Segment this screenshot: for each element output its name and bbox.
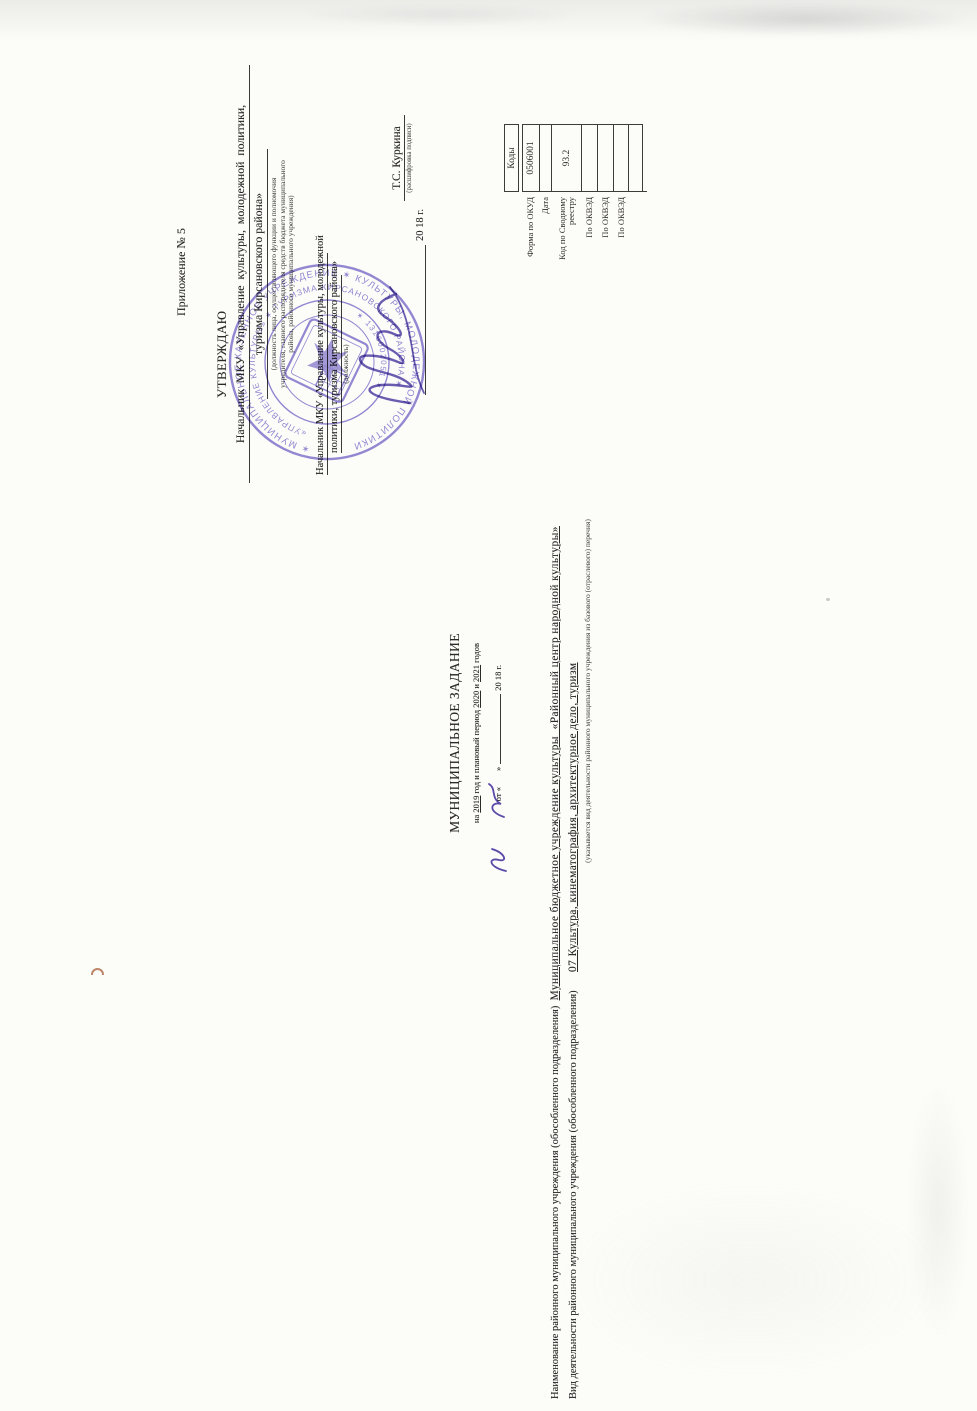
date-scribble-ink — [484, 759, 512, 879]
org-activity-label: Вид деятельности районного муниципальног… — [568, 990, 579, 1399]
codes-table-double-border — [525, 191, 647, 192]
codes-value-extra — [629, 124, 643, 192]
signer-note: (расшифровка подписи) — [406, 115, 413, 201]
appendix-note: Приложение № 5 — [174, 228, 189, 316]
signer-block: Т.С. Куркина (расшифровка подписи) — [391, 115, 413, 201]
org-name-value: Муниципальное бюджетное учреждение культ… — [549, 526, 561, 1000]
codes-label-date: Дата — [541, 192, 551, 287]
org-activity-line: Вид деятельности районного муниципальног… — [567, 662, 579, 1399]
period-text: на — [471, 813, 481, 823]
period-year-3: 2021 — [471, 665, 481, 682]
period-text: год и плановый период — [471, 708, 481, 796]
codes-value-okved-2 — [598, 124, 614, 192]
codes-value-registry: 93.2 — [552, 124, 582, 192]
period-text: и — [471, 682, 481, 691]
period-text: годов — [471, 643, 481, 665]
codes-row-extra — [629, 117, 643, 287]
codes-label-registry: Код по Сводному реестру — [558, 192, 577, 287]
codes-header-row: Коды — [504, 117, 519, 287]
codes-label-okved-3: По ОКВЭД — [617, 192, 627, 287]
codes-value-okud: 0506001 — [522, 124, 540, 192]
codes-row-okud: Форма по ОКУД 0506001 — [522, 117, 540, 287]
from-date-line: от «»20 18 г. — [492, 533, 503, 933]
codes-row-okved-2: По ОКВЭД — [598, 117, 614, 287]
codes-row-okved-3: По ОКВЭД — [614, 117, 629, 287]
codes-row-okved-1: По ОКВЭД — [582, 117, 598, 287]
codes-header: Коды — [504, 124, 519, 192]
codes-table: Коды Форма по ОКУД 0506001 Дата Код по С… — [504, 117, 643, 287]
codes-label-okud: Форма по ОКУД — [526, 192, 536, 287]
codes-value-okved-1 — [582, 124, 598, 192]
period-line: на 2019 год и плановый период 2020 и 202… — [471, 533, 481, 933]
org-name-line: Наименование районного муниципального уч… — [549, 526, 561, 1399]
rotated-document: Приложение № 5 УТВЕРЖДАЮ Начальник МКУ «… — [0, 0, 977, 1411]
date-year-suffix: 20 18 г. — [415, 209, 426, 241]
signer-name: Т.С. Куркина — [391, 115, 405, 201]
scanned-document-page: { "appendix_note": "Приложение № 5", "ap… — [0, 0, 977, 1411]
codes-value-okved-3 — [614, 124, 629, 192]
org-activity-value: 07 Культура, кинематография, архитектурн… — [567, 662, 579, 972]
signature-ink — [336, 281, 434, 413]
org-activity-note: (указывается вид деятельности районного … — [583, 401, 592, 981]
codes-label-okved-1: По ОКВЭД — [585, 192, 595, 287]
codes-value-date — [540, 124, 552, 192]
document-title: МУНИЦИПАЛЬНОЕ ЗАДАНИЕ — [447, 533, 463, 933]
org-name-label: Наименование районного муниципального уч… — [550, 1006, 561, 1399]
period-year-2: 2020 — [471, 691, 481, 708]
codes-label-okved-2: По ОКВЭД — [601, 192, 611, 287]
from-blank-line — [492, 694, 501, 764]
codes-row-date: Дата — [540, 117, 552, 287]
period-year-1: 2019 — [471, 796, 481, 813]
codes-row-registry: Код по Сводному реестру 93.2 — [552, 117, 582, 287]
from-year-suffix: 20 18 г. — [493, 665, 503, 691]
